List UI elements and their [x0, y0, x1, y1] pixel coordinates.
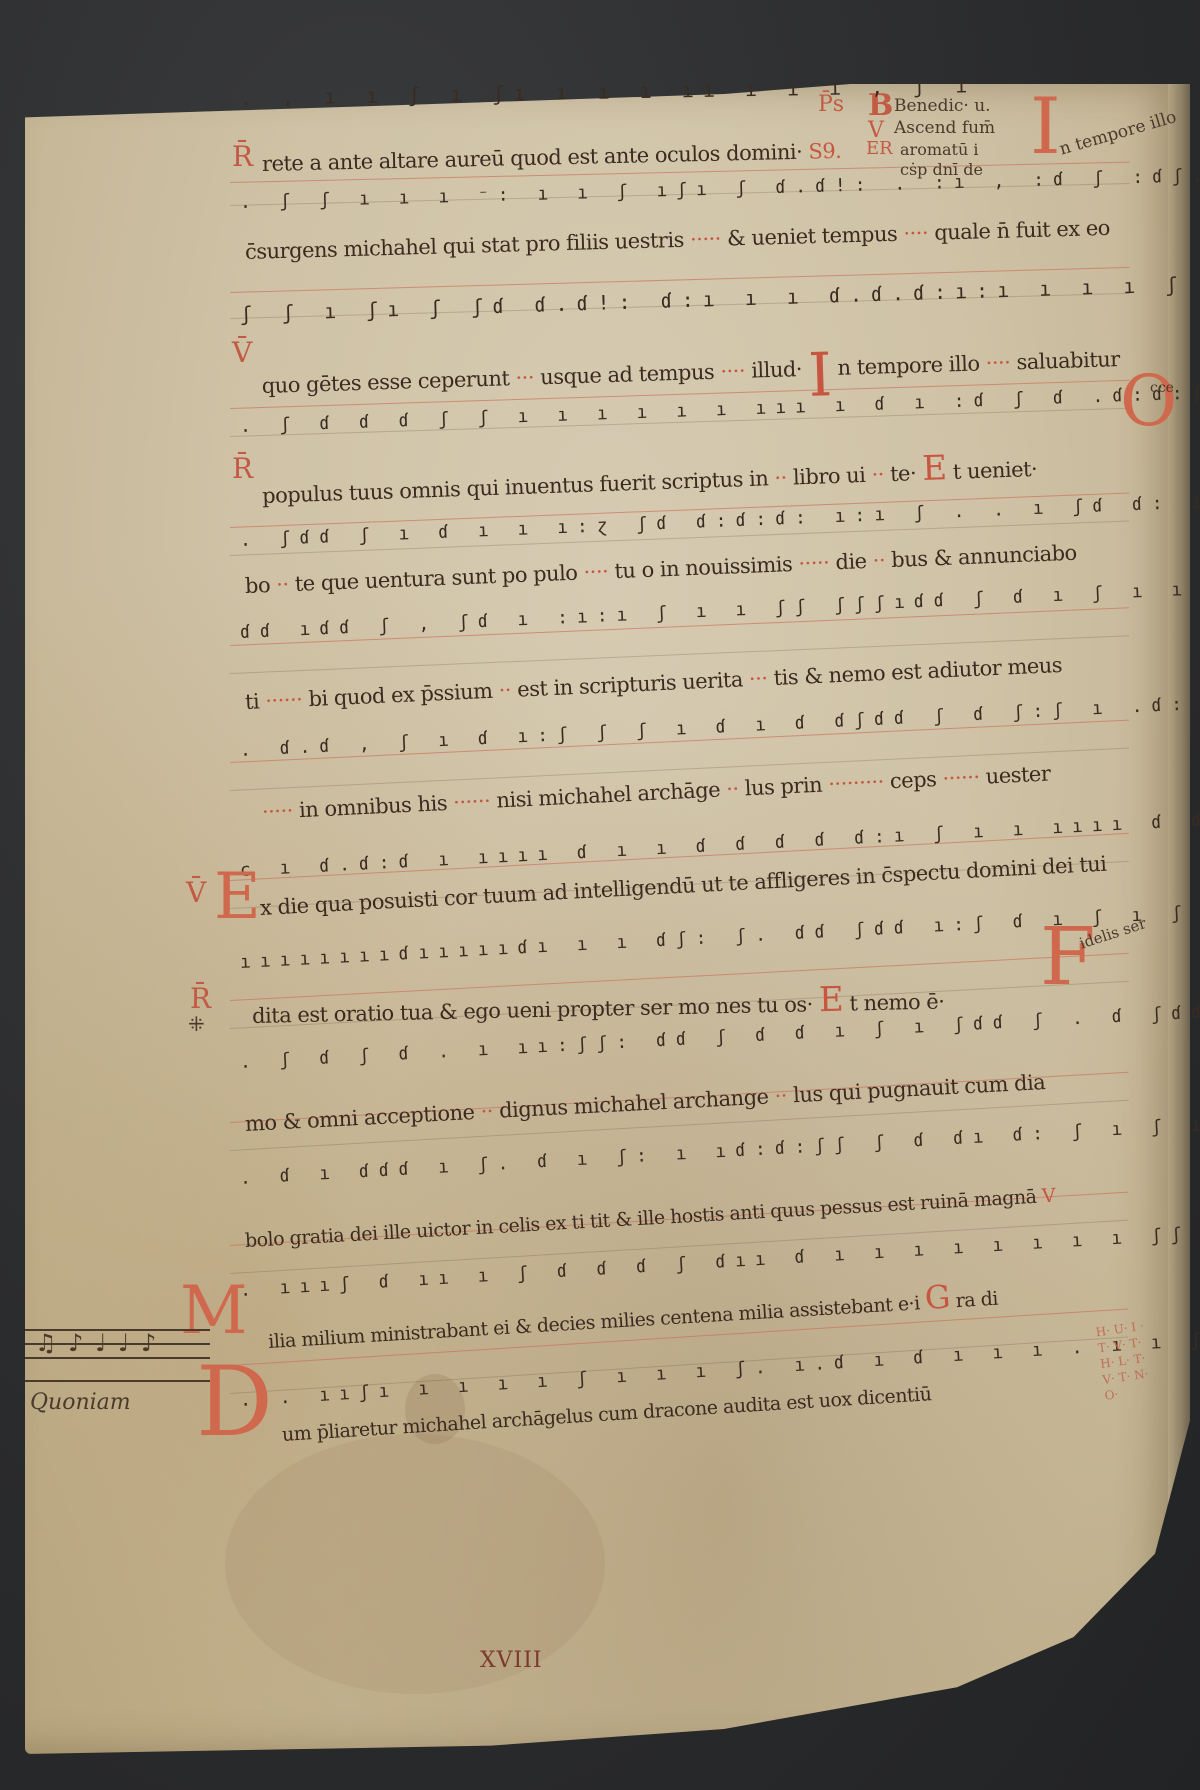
initial-e: E — [214, 860, 261, 934]
big-initial-i: I — [1030, 88, 1061, 166]
responsory-marker: R̄ — [232, 140, 253, 173]
incipit-ascendit: Ascend fum̄ — [894, 118, 995, 138]
folio-number: XVIII — [480, 1648, 543, 1673]
initial-f: F — [1040, 910, 1096, 1003]
incipit-benedic: Benedic· u. — [894, 96, 991, 116]
added-text-quoniam: Quoniam — [30, 1390, 131, 1415]
added-staff-neumes: ♫ ♪ ♩ ♩ ♪ — [35, 1329, 158, 1357]
stain — [225, 1434, 605, 1694]
rubric-er: ER — [866, 138, 893, 159]
paragraph-mark-icon: ⁜ — [188, 1012, 205, 1036]
responsory-marker: R̄ — [232, 452, 253, 485]
initial-o: O — [1120, 360, 1177, 442]
right-margin-rubric: H· U· I · T· V· T· H· L· T· V· T· N· O· — [1095, 1316, 1166, 1404]
ecce-text: cce — [1150, 380, 1174, 396]
responsory-marker: R̄ — [190, 982, 211, 1015]
added-staff: ♫ ♪ ♩ ♩ ♪ — [25, 1325, 210, 1385]
incipit-aromatum: aromatū i — [900, 140, 978, 159]
verse-marker: V̄ — [186, 876, 206, 909]
verse-marker: V̄ — [232, 336, 252, 369]
